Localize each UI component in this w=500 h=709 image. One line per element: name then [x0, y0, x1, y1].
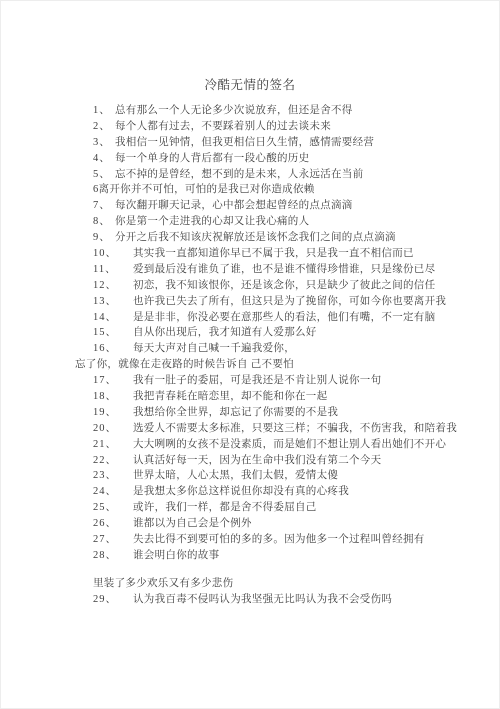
signature-line: 忘了你，就像在走夜路的时候告诉自 己不要怕 — [75, 357, 460, 373]
item-text: 分开之后我不知该庆祝解放还是该怀念我们之间的点点滴滴 — [115, 232, 396, 243]
item-text: 自从你出现后，我才知道有人爱那么好 — [133, 327, 317, 338]
item-text: 我把青春耗在暗恋里，却不能和你在一起 — [133, 391, 327, 402]
item-number: 27、 — [93, 532, 133, 548]
item-text: 每次翻开聊天记录，心中都会想起曾经的点点滴滴 — [115, 200, 353, 211]
item-text: 我想给你全世界，却忘记了你需要的不是我 — [133, 407, 338, 418]
signature-item: 4、每一个单身的人背后都有一段心酸的历史 — [93, 151, 460, 167]
signature-line: 6离开你并不可怕，可怕的是我已对你造成依赖 — [93, 182, 460, 198]
signature-item: 8、你是第一个走进我的心却又让我心痛的人 — [93, 214, 460, 230]
signature-item: 19、我想给你全世界，却忘记了你需要的不是我 — [93, 405, 460, 421]
signature-item: 28、谁会明白你的故事 — [93, 548, 460, 564]
item-text: 每一个单身的人背后都有一段心酸的历史 — [115, 153, 309, 164]
item-text: 失去比得不到要可怕的多的多。因为他多一个过程叫曾经拥有 — [133, 534, 425, 545]
signature-item: 24、是我想太多你总这样说但你却没有真的心疼我 — [93, 484, 460, 500]
signature-item: 27、失去比得不到要可怕的多的多。因为他多一个过程叫曾经拥有 — [93, 532, 460, 548]
signature-item: 18、我把青春耗在暗恋里，却不能和你在一起 — [93, 389, 460, 405]
item-text: 认为我百毒不侵吗认为我坚强无比吗认为我不会受伤吗 — [133, 594, 392, 605]
page-title: 冷酷无情的签名 — [93, 78, 407, 93]
signature-line: 里装了多少欢乐又有多少悲伤 — [93, 576, 460, 592]
item-number: 10、 — [93, 246, 133, 262]
item-text: 大大咧咧的女孩不是没素质，而是她们不想让别人看出她们不开心 — [133, 439, 446, 450]
item-text: 忘了你，就像在走夜路的时候告诉自 己不要怕 — [75, 359, 294, 370]
signature-list: 1、总有那么一个人无论多少次说放弃，但还是舍不得2、每个人都有过去，不要踩着别人… — [93, 103, 460, 608]
item-number: 22、 — [93, 453, 133, 469]
item-text: 里装了多少欢乐又有多少悲伤 — [93, 578, 233, 589]
item-text: 你是第一个走进我的心却又让我心痛的人 — [115, 216, 309, 227]
item-number: 5、 — [93, 167, 115, 183]
item-text: 认真活好每一天，因为在生命中我们没有第二个今天 — [133, 455, 381, 466]
item-text: 每个人都有过去，不要踩着别人的过去谈未来 — [115, 121, 331, 132]
item-number: 12、 — [93, 278, 133, 294]
signature-item: 21、大大咧咧的女孩不是没素质，而是她们不想让别人看出她们不开心 — [93, 437, 460, 453]
item-number: 23、 — [93, 468, 133, 484]
signature-item: 15、自从你出现后，我才知道有人爱那么好 — [93, 325, 460, 341]
signature-item: 20、选爱人不需要太多标准，只要这三样；不骗我，不伤害我，和陪着我 — [93, 421, 460, 437]
item-number: 19、 — [93, 405, 133, 421]
item-text: 或许，我们一样，都是舍不得委屈自己 — [133, 502, 317, 513]
item-text: 选爱人不需要太多标准，只要这三样；不骗我，不伤害我，和陪着我 — [133, 423, 457, 434]
item-number: 21、 — [93, 437, 133, 453]
signature-item: 26、谁都以为自己会是个例外 — [93, 516, 460, 532]
item-number: 13、 — [93, 294, 133, 310]
item-number: 25、 — [93, 500, 133, 516]
item-number: 18、 — [93, 389, 133, 405]
item-number: 26、 — [93, 516, 133, 532]
signature-item: 7、每次翻开聊天记录，心中都会想起曾经的点点滴滴 — [93, 198, 460, 214]
item-number: 1、 — [93, 103, 115, 119]
item-text: 每天大声对自己喊一千遍我爱你， — [133, 343, 295, 354]
item-text: 我相信一见钟情，但我更相信日久生情，感情需要经营 — [115, 137, 374, 148]
signature-item: 29、认为我百毒不侵吗认为我坚强无比吗认为我不会受伤吗 — [93, 592, 460, 608]
item-text: 总有那么一个人无论多少次说放弃，但还是舍不得 — [115, 105, 353, 116]
signature-item: 13、也许我已失去了所有，但这只是为了挽留你，可如今你也要离开我 — [93, 294, 460, 310]
item-number: 4、 — [93, 151, 115, 167]
signature-item: 11、爱到最后没有谁负了谁，也不是谁不懂得珍惜谁，只是缘份已尽 — [93, 262, 460, 278]
item-number: 28、 — [93, 548, 133, 564]
item-number: 29、 — [93, 592, 133, 608]
item-number: 20、 — [93, 421, 133, 437]
item-text: 初恋，我不知该恨你，还是该念你，只是缺少了彼此之间的信任 — [133, 280, 435, 291]
item-number: 14、 — [93, 310, 133, 326]
signature-item: 16、每天大声对自己喊一千遍我爱你， — [93, 341, 460, 357]
signature-item: 9、分开之后我不知该庆祝解放还是该怀念我们之间的点点滴滴 — [93, 230, 460, 246]
item-text: 爱到最后没有谁负了谁，也不是谁不懂得珍惜谁，只是缘份已尽 — [133, 264, 435, 275]
signature-item: 1、总有那么一个人无论多少次说放弃，但还是舍不得 — [93, 103, 460, 119]
item-number: 8、 — [93, 214, 115, 230]
signature-item: 14、是是非非，你没必要在意那些人的看法，他们有嘴，不一定有脑 — [93, 310, 460, 326]
item-text: 我有一肚子的委屈，可是我还是不肯让别人说你一句 — [133, 375, 381, 386]
item-number: 17、 — [93, 373, 133, 389]
item-number: 24、 — [93, 484, 133, 500]
signature-item: 5、忘不掉的是曾经，想不到的是未来，人永远活在当前 — [93, 167, 460, 183]
item-text: 是我想太多你总这样说但你却没有真的心疼我 — [133, 486, 349, 497]
blank-line — [93, 564, 460, 576]
item-number: 2、 — [93, 119, 115, 135]
signature-item: 10、其实我一直都知道你早已不属于我，只是我一直不相信而已 — [93, 246, 460, 262]
item-number: 11、 — [93, 262, 133, 278]
item-number: 9、 — [93, 230, 115, 246]
signature-item: 25、或许，我们一样，都是舍不得委屈自己 — [93, 500, 460, 516]
signature-item: 12、初恋，我不知该恨你，还是该念你，只是缺少了彼此之间的信任 — [93, 278, 460, 294]
signature-item: 22、认真活好每一天，因为在生命中我们没有第二个今天 — [93, 453, 460, 469]
signature-item: 2、每个人都有过去，不要踩着别人的过去谈未来 — [93, 119, 460, 135]
item-text: 谁都以为自己会是个例外 — [133, 518, 252, 529]
signature-item: 23、世界太暗，人心太黑，我们太假，爱情太傻 — [93, 468, 460, 484]
item-text: 世界太暗，人心太黑，我们太假，爱情太傻 — [133, 470, 338, 481]
document-page: 冷酷无情的签名 1、总有那么一个人无论多少次说放弃，但还是舍不得2、每个人都有过… — [0, 0, 500, 709]
item-text: 其实我一直都知道你早已不属于我，只是我一直不相信而已 — [133, 248, 414, 259]
item-text: 6离开你并不可怕，可怕的是我已对你造成依赖 — [93, 184, 315, 195]
signature-item: 3、我相信一见钟情，但我更相信日久生情，感情需要经营 — [93, 135, 460, 151]
item-text: 忘不掉的是曾经，想不到的是未来，人永远活在当前 — [115, 169, 363, 180]
item-text: 也许我已失去了所有，但这只是为了挽留你，可如今你也要离开我 — [133, 296, 446, 307]
signature-item: 17、我有一肚子的委屈，可是我还是不肯让别人说你一句 — [93, 373, 460, 389]
item-number: 16、 — [93, 341, 133, 357]
item-text: 谁会明白你的故事 — [133, 550, 219, 561]
item-number: 15、 — [93, 325, 133, 341]
item-number: 7、 — [93, 198, 115, 214]
item-text: 是是非非，你没必要在意那些人的看法，他们有嘴，不一定有脑 — [133, 312, 435, 323]
item-number: 3、 — [93, 135, 115, 151]
